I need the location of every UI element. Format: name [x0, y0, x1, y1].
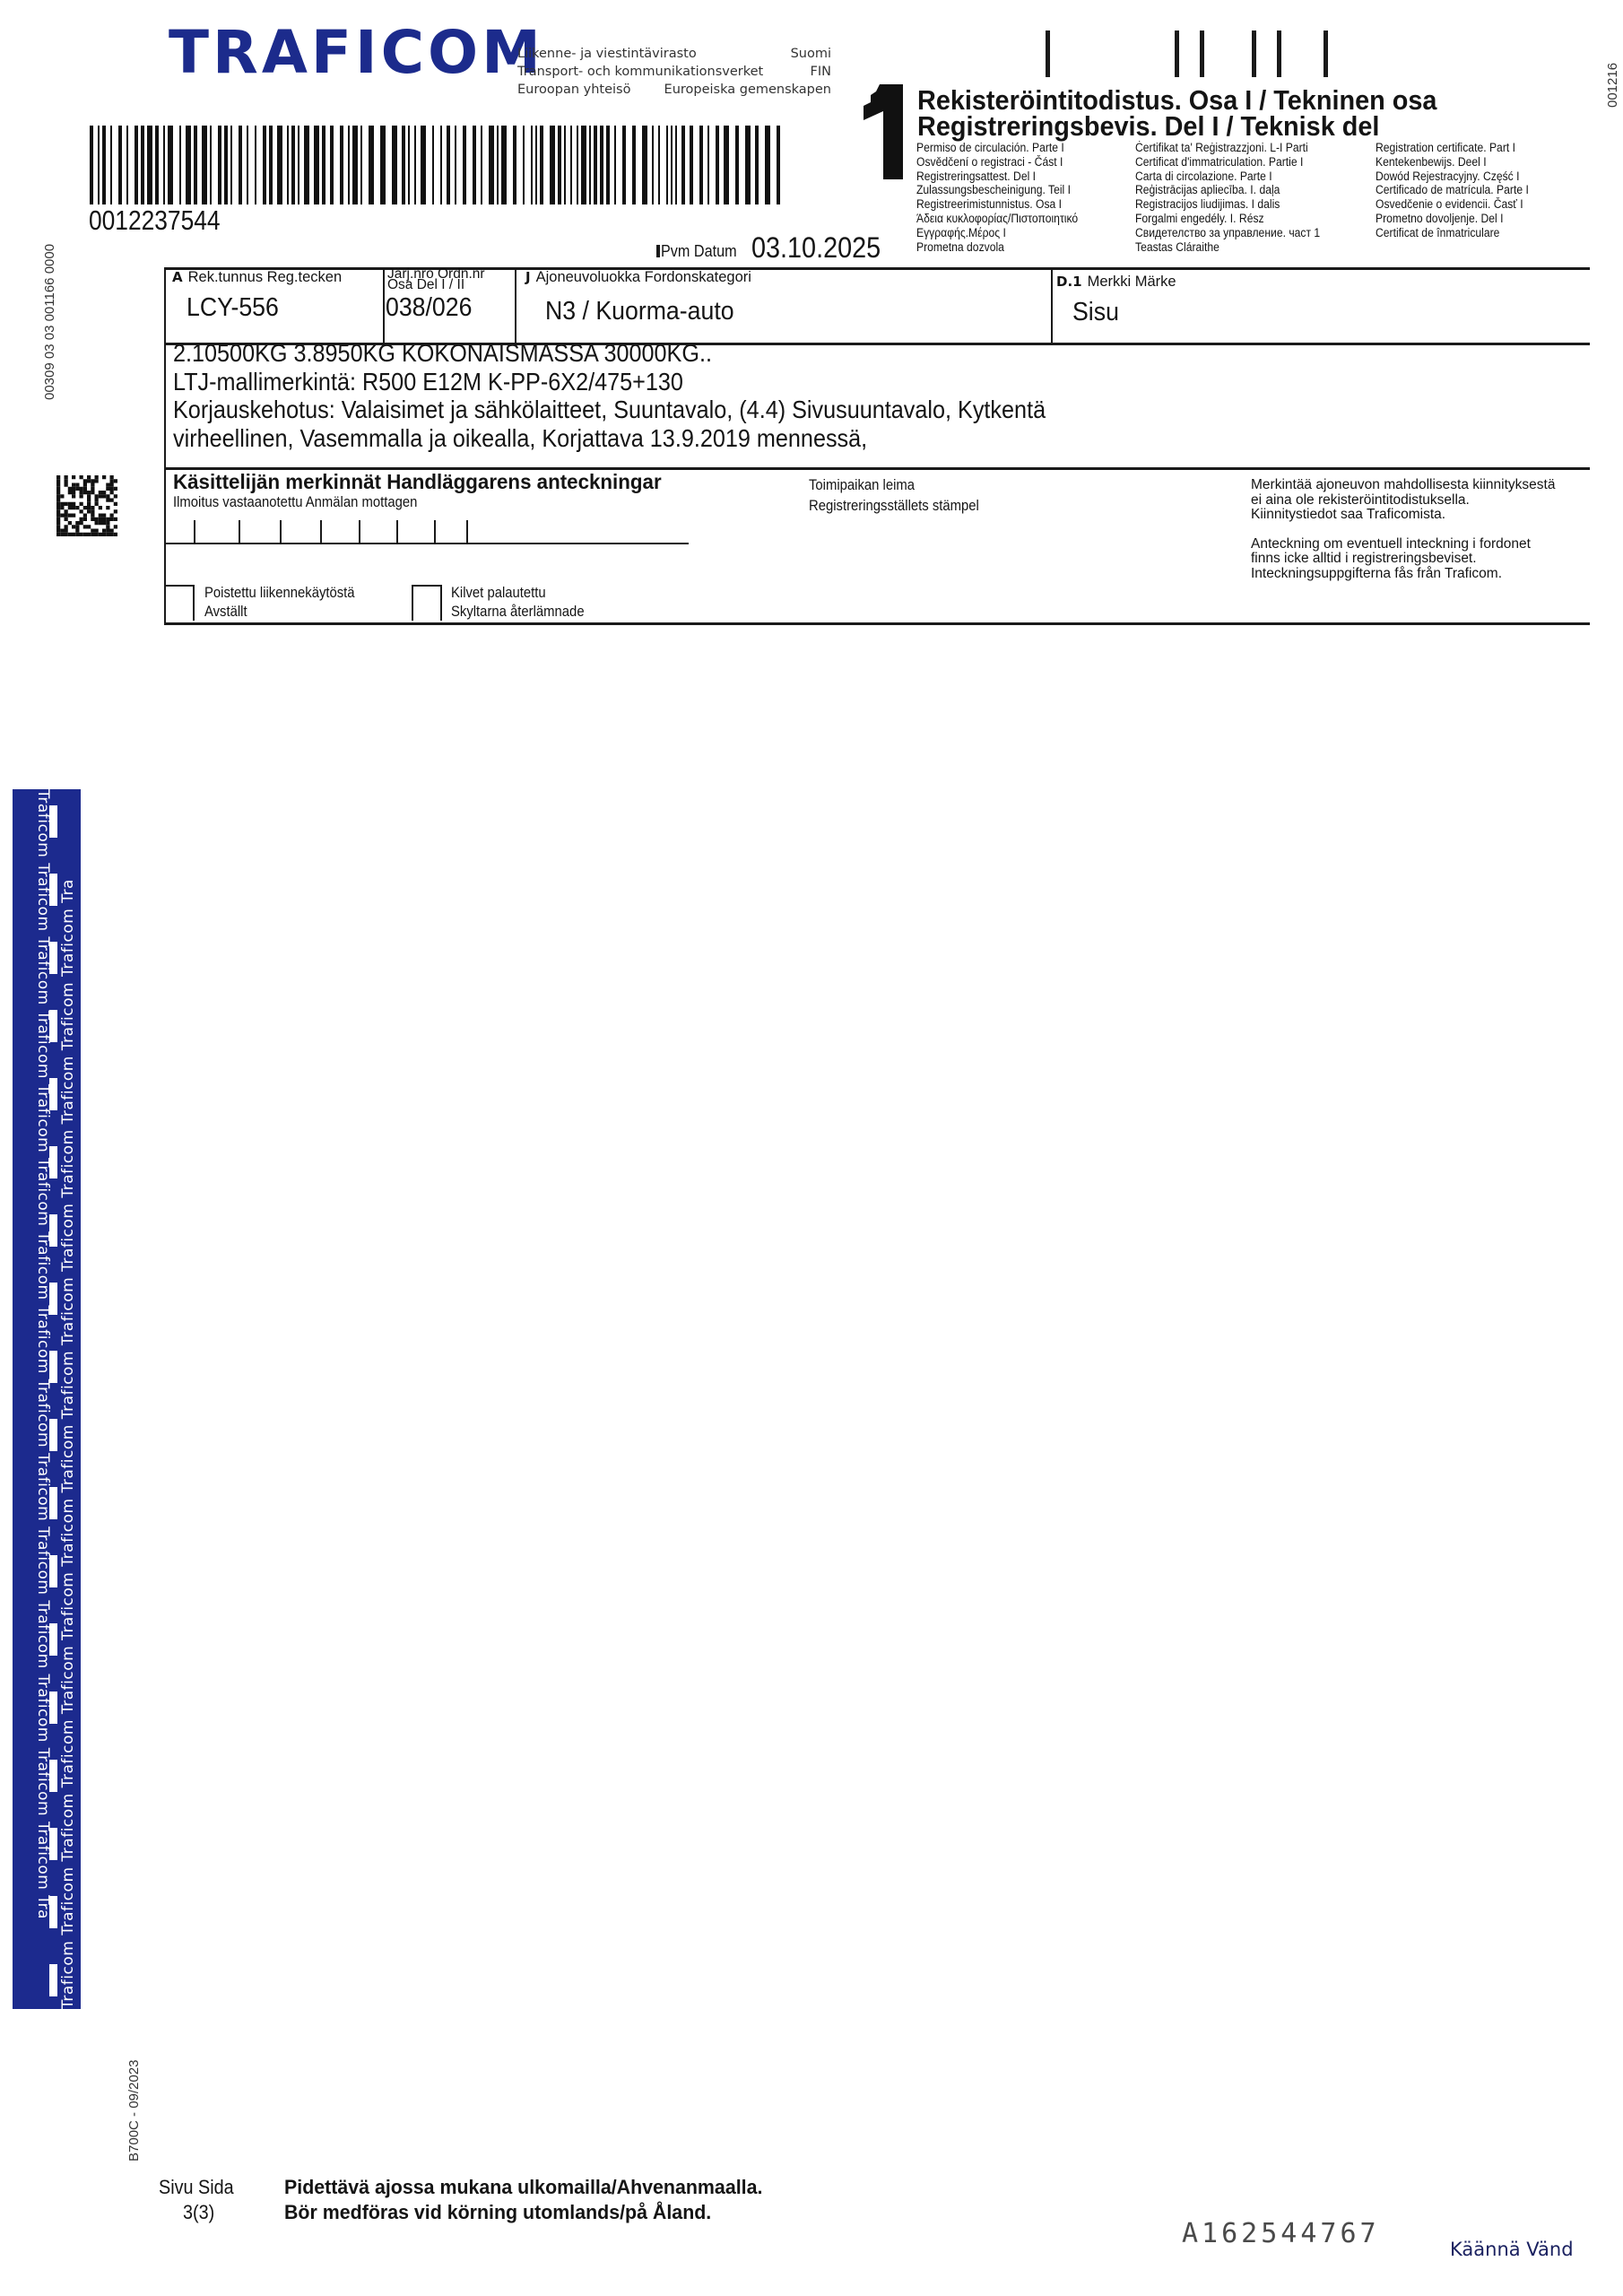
translation-line: Свидетелство за управление. част 1	[1135, 226, 1341, 240]
turn-page-label: Käännä Vänd	[1450, 2239, 1574, 2260]
field-label-reg: ARek.tunnus Reg.tecken	[172, 269, 342, 286]
removed-from-traffic-checkbox[interactable]	[164, 585, 195, 621]
remark-line: LTJ-mallimerkintä: R500 E12M K-PP-6X2/47…	[173, 368, 683, 396]
remark-line: Korjauskehotus: Valaisimet ja sähkölaitt…	[173, 396, 1046, 424]
translation-line: Registracijos liudijimas. I dalis	[1135, 197, 1341, 212]
translation-line: Carta di circolazione. Parte I	[1135, 170, 1341, 184]
handler-notes-title: Käsittelijän merkinnät Handläggarens ant…	[173, 470, 687, 494]
notice-received-label: Ilmoitus vastaanotettu Anmälan mottagen	[173, 494, 445, 511]
barcode-image	[90, 126, 782, 204]
vehicle-make: Sisu	[1072, 298, 1123, 327]
datamatrix-code	[56, 475, 117, 536]
translation-line: Osvědčení o registraci - Část I	[916, 155, 1096, 170]
country-fi: Suomi	[791, 45, 831, 63]
translations-col-2: Ċertifikat ta' Reġistrazzjoni. L-I Parti…	[1135, 141, 1341, 254]
translation-line: Prometno dovoljenje. Del I	[1376, 212, 1546, 226]
removed-from-traffic-label: Poistettu liikennekäytöstä Avställt	[204, 584, 371, 622]
translation-line: Kentekenbewijs. Deel I	[1376, 155, 1546, 170]
translation-line: Dowód Rejestracyjny. Część I	[1376, 170, 1546, 184]
translation-line: Zulassungsbescheinigung. Teil I	[916, 183, 1096, 197]
security-strip: Traficom Traficom Traficom Traficom Traf…	[13, 789, 81, 2009]
side-number-right: 001216	[1605, 63, 1620, 108]
remark-line: 2.10500KG 3.8950KG KOKONAISMASSA 30000KG…	[173, 339, 712, 368]
mortgage-note: Merkintää ajoneuvon mahdollisesta kiinni…	[1251, 478, 1623, 596]
translation-line: Forgalmi engedély. I. Rész	[1135, 212, 1341, 226]
page-indicator: Sivu Sida 3(3)	[159, 2175, 242, 2225]
translation-line: Certificat de înmatriculare	[1376, 226, 1546, 240]
translation-line: Registreringsattest. Del I	[916, 170, 1096, 184]
translation-line: Ċertifikat ta' Reġistrazzjoni. L-I Parti	[1135, 141, 1341, 155]
translations-col-3: Registration certificate. Part IKenteken…	[1376, 141, 1546, 240]
field-label-category: JAjoneuvoluokka Fordonskategori	[525, 269, 751, 286]
translation-line: Registration certificate. Part I	[1376, 141, 1546, 155]
document-title: Rekisteröintitodistus. Osa I / Tekninen …	[917, 87, 1476, 139]
date-marker	[656, 245, 660, 257]
remarks-block: 2.10500KG 3.8950KG KOKONAISMASSA 30000KG…	[173, 339, 1142, 452]
barcode-number: 0012237544	[89, 204, 243, 237]
serial-number: A162544767	[1182, 2218, 1380, 2249]
part-one-glyph	[864, 84, 910, 179]
translation-line: Certificat d'immatriculation. Partie I	[1135, 155, 1341, 170]
plates-returned-checkbox[interactable]	[412, 585, 442, 621]
translation-line: Osvedčenie o evidencii. Časť I	[1376, 197, 1546, 212]
date-label: Pvm Datum	[661, 242, 745, 261]
ordinal-number: 038/026	[386, 293, 480, 323]
carry-notice: Pidettävä ajossa mukana ulkomailla/Ahven…	[284, 2175, 788, 2225]
translation-line: Άδεια κυκλοφορίας/Πιστοποιητικό	[916, 212, 1096, 226]
remark-line: virheellinen, Vasemmalla ja oikealla, Ko…	[173, 424, 867, 453]
field-label-make: D.1Merkki Märke	[1056, 274, 1176, 291]
strip-text-right: Traficom Traficom Traficom Traficom Traf…	[59, 879, 77, 2009]
traficom-logo: TRAFICOM	[169, 23, 544, 83]
agency-info: Liikenne- ja viestintävirastoSuomi Trans…	[517, 45, 831, 99]
translations-col-1: Permiso de circulación. Parte IOsvědčení…	[916, 141, 1096, 254]
office-stamp-label: Toimipaikan leima Registreringsställets …	[809, 475, 998, 517]
agency-name-fi: Liikenne- ja viestintävirasto	[517, 45, 697, 63]
agency-name-sv: Transport- och kommunikationsverket	[517, 63, 763, 81]
translation-line: Certificado de matrícula. Parte I	[1376, 183, 1546, 197]
issue-date: 03.10.2025	[751, 231, 895, 265]
country-code: FIN	[811, 63, 831, 81]
field-label-ordinal: Järj.nro Ordn.nrOsa Del I / II	[387, 269, 485, 291]
eu-fi: Euroopan yhteisö	[517, 81, 630, 99]
eu-sv: Europeiska gemenskapen	[664, 81, 831, 99]
side-number-left: 00309 03 03 001166 0000	[42, 244, 57, 400]
vehicle-category: N3 / Kuorma-auto	[545, 297, 751, 326]
form-code: B700C - 09/2023	[126, 2060, 142, 2161]
translation-line: Reģistrācijas apliecība. I. daļa	[1135, 183, 1341, 197]
plates-returned-label: Kilvet palautettu Skyltarna återlämnade	[451, 584, 599, 622]
translation-line: Εγγραφής.Μέρος I	[916, 226, 1096, 240]
translation-line: Registreerimistunnistus. Osa I	[916, 197, 1096, 212]
translation-line: Prometna dozvola	[916, 240, 1096, 255]
translation-line: Permiso de circulación. Parte I	[916, 141, 1096, 155]
registration-number: LCY-556	[187, 293, 287, 323]
translation-line: Teastas Cláraithe	[1135, 240, 1341, 255]
